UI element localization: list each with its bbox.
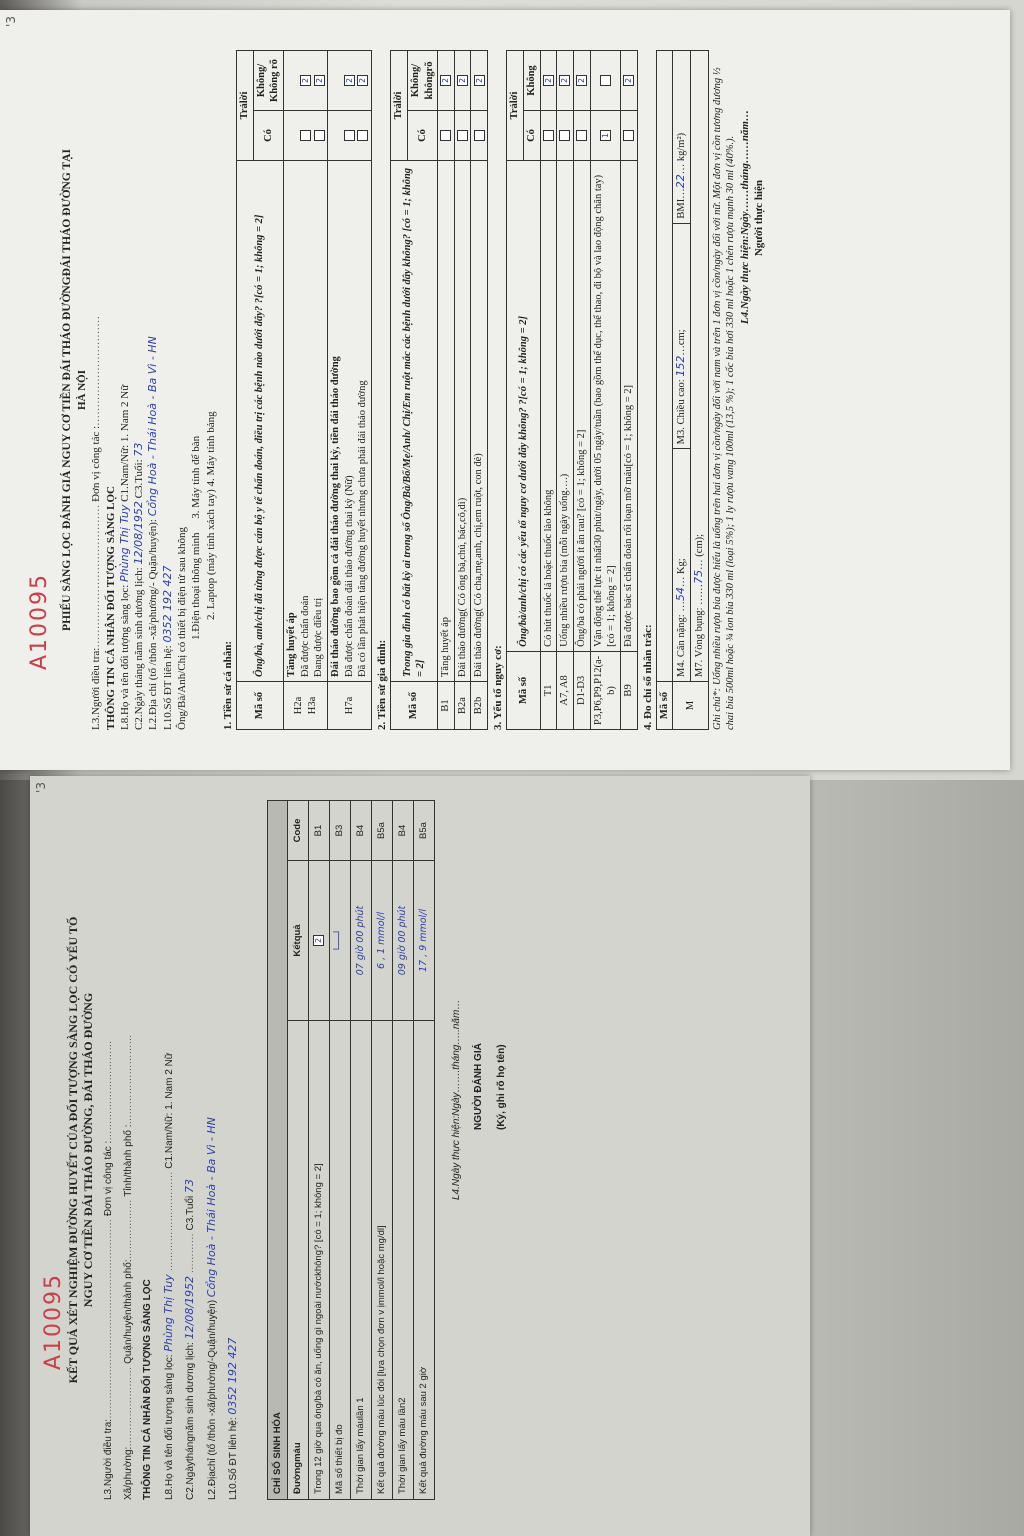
- device-code-value[interactable]: └──┘: [330, 861, 351, 1021]
- device-option[interactable]: 4. Máy tính bảng: [205, 411, 217, 486]
- interviewer-field: L3.Người điều tra:………………………………… Đơn vị c…: [89, 50, 103, 730]
- weight-value[interactable]: 54: [674, 587, 687, 601]
- gender-value[interactable]: 2 Nữ: [164, 1053, 175, 1075]
- sample-time-1[interactable]: 07 giờ 00 phút: [351, 861, 372, 1021]
- checkbox-no[interactable]: 2: [457, 75, 468, 86]
- biochemistry-table: CHỈ SỐ SINH HÓA Đườngmáu Kếtquả Code Tro…: [267, 800, 435, 1500]
- risk-factors-table: Mã số Ông/bà/anh/chị có các yếu tố nguy …: [506, 50, 637, 730]
- device-options-row1: 1.Điện thoại thông minh 3. Máy tính để b…: [189, 50, 203, 730]
- interviewer-field: L3.Người điều tra:…………………………………………………… Đ…: [103, 800, 116, 1500]
- address-field: L2.Địa chỉ (tổ /thôn -xã/phường/- Quận/h…: [146, 50, 160, 730]
- checkbox-yes[interactable]: [344, 130, 355, 141]
- glucose-form-sheet: A10095 KẾT QUẢ XÉT NGHIỆM ĐƯỜNG HUYẾT CỦ…: [30, 776, 810, 1536]
- bmi-value[interactable]: 22: [674, 174, 687, 188]
- form-title-line2: NGUY CƠ TIỀN ĐÁI THÁO ĐƯỜNG, ĐÁI THÁO ĐƯ…: [81, 800, 96, 1500]
- device-question: Ông/Bà/Anh/Chị có thiết bị điện tử sau k…: [175, 50, 189, 730]
- performer-label: Người thực hiện: [752, 180, 766, 730]
- address-value[interactable]: Cổng Hoà - Thái Hoà - Ba Vì - HN: [146, 336, 159, 516]
- checkbox-no[interactable]: 2: [543, 75, 554, 86]
- checkbox-no[interactable]: 2: [314, 75, 325, 86]
- table-row: P3,P6,P9,P12(a-b)Vận động thể lực ít nhấ…: [590, 51, 620, 730]
- section-anthropometric-title: 4. Đo chỉ số nhân trắc:: [641, 50, 655, 730]
- col-no: Không/ Không rõ: [253, 51, 283, 111]
- checkbox-yes[interactable]: [474, 130, 485, 141]
- table-row: D1-D3Ông/bà có phải người ít ăn rau? [có…: [573, 51, 590, 730]
- section-personal-history-title: 1. Tiền sử cá nhân:: [221, 50, 235, 730]
- corner-mark: '3: [34, 782, 48, 793]
- anthropometric-table: Mã số M M4. Cân nặng: …54… Kg; M3. Chiều…: [656, 50, 709, 730]
- name-field: L8.Họ và tên đối tượng sàng lọc: Phùng T…: [162, 800, 177, 1500]
- form-title: PHIẾU SÀNG LỌC ĐÁNH GIÁ NGUY CƠ TIỀN ĐÁI…: [60, 50, 75, 730]
- table-row: Thời gian lấy máulần 107 giờ 00 phútB4: [351, 801, 372, 1500]
- device-option[interactable]: 2. Laptop (máy tính xách tay): [205, 489, 217, 620]
- alcohol-note: Ghi chú*: Uống nhiều rượu bia được hiểu …: [711, 50, 738, 730]
- dob-value[interactable]: 12/08/1952: [183, 1276, 196, 1339]
- screening-form: A10095 PHIẾU SÀNG LỌC ĐÁNH GIÁ NGUY CƠ T…: [28, 50, 767, 730]
- table-row: M7. Vòng bụng: ……75… (cm);: [691, 51, 709, 730]
- section-family-history-title: 2. Tiền sử gia đình:: [375, 50, 389, 730]
- checkbox-yes[interactable]: [440, 130, 451, 141]
- checkbox-yes[interactable]: [543, 130, 554, 141]
- table-row: Mã số thiết bị đo└──┘B3: [330, 801, 351, 1500]
- name-field: L8.Họ và tên đối tượng sàng lọc: Phùng T…: [118, 50, 132, 730]
- checkbox-yes[interactable]: [300, 130, 311, 141]
- table-row: Thời gian lấy máu lần209 giờ 00 phútB4: [392, 801, 413, 1500]
- screening-form-sheet: A10095 PHIẾU SÀNG LỌC ĐÁNH GIÁ NGUY CƠ T…: [0, 10, 1010, 770]
- table-row: H7a Đái tháo đường bao gồm cả đái tháo đ…: [328, 51, 372, 730]
- dob-field: C2.Ngày tháng năm sinh dương lịch: 12/08…: [132, 50, 146, 730]
- checkbox-no[interactable]: 2: [357, 75, 368, 86]
- section-risk-factors-title: 3. Yếu tố nguy cơ:: [491, 50, 505, 730]
- checkbox-yes[interactable]: [623, 130, 634, 141]
- location-field: Xã/phường:…………………… Quận/huyện/thành phố:…: [123, 800, 136, 1500]
- table-row: M M4. Cân nặng: …54… Kg; M3. Chiều cao: …: [673, 51, 691, 730]
- phone-field: L10.Số ĐT liên hệ: 0352 192 427: [161, 50, 175, 730]
- gender-value[interactable]: 2 Nữ: [119, 385, 131, 407]
- table-title: CHỈ SỐ SINH HÓA: [267, 801, 288, 1500]
- form-title: KẾT QUẢ XÉT NGHIỆM ĐƯỜNG HUYẾT CỦA ĐỐI T…: [66, 800, 81, 1500]
- signature-block: L4.Ngày thực hiện:Ngày…….tháng…..năm… NG…: [451, 800, 509, 1500]
- glucose-2h-value[interactable]: 17 , 9 mmol/l: [413, 861, 434, 1021]
- waist-value[interactable]: 75: [692, 570, 705, 584]
- checkbox-yes[interactable]: [457, 130, 468, 141]
- table-row: H2aH3a Tăng huyết ápĐã được chẩn đoánĐan…: [284, 51, 328, 730]
- phone-value[interactable]: 0352 192 427: [161, 566, 174, 643]
- checkbox-yes[interactable]: 1: [600, 130, 611, 141]
- date-line: L4.Ngày thực hiện:Ngày……tháng……năm…: [738, 110, 752, 730]
- device-option[interactable]: 1.Điện thoại thông minh: [190, 532, 202, 640]
- checkbox-yes[interactable]: [314, 130, 325, 141]
- age-value[interactable]: 73: [132, 443, 145, 457]
- phone-value[interactable]: 0352 192 427: [226, 1338, 239, 1415]
- form-serial-number: A10095: [40, 1273, 68, 1370]
- address-value[interactable]: Cổng Hoà - Thái Hoà - Ba Vì - HN: [205, 1117, 218, 1297]
- table-row: A7, A8Uống nhiều rượu bia (mỗi ngày uống…: [557, 51, 574, 730]
- name-value[interactable]: Phùng Thị Tuy: [162, 1274, 175, 1351]
- checkbox-no[interactable]: 2: [300, 75, 311, 86]
- checkbox-yes[interactable]: [559, 130, 570, 141]
- table-row: B9Đã được bác sĩ chẩn đoán rối loạn mỡ m…: [620, 51, 637, 730]
- work-unit-label: Đơn vị công tác :: [90, 426, 102, 502]
- col-question: Ông/bà, anh/chị đã từng được cán bộ y tế…: [237, 161, 284, 682]
- name-value[interactable]: Phùng Thị Tuy: [118, 505, 131, 582]
- checkbox-no[interactable]: 2: [623, 75, 634, 86]
- table-row: Trong 12 giờ qua ông/bà có ăn, uống gì n…: [309, 801, 330, 1500]
- checkbox-no[interactable]: [600, 75, 611, 86]
- family-history-table: Mã số Trong gia đình có bất kỳ ai trong …: [390, 50, 488, 730]
- device-option[interactable]: 3. Máy tính để bàn: [190, 436, 202, 519]
- fasting-glucose-value[interactable]: 6 , 1 mmol/l: [371, 861, 392, 1021]
- col-code: Mã số: [237, 682, 284, 730]
- address-field: L2.Địachỉ (tổ /thôn -xã/phường/-Quận/huy…: [205, 800, 220, 1500]
- table-row: Kết quả đường máu lúc đói [lựa chọn đơn …: [371, 801, 392, 1500]
- assessor-label: NGƯỜI ĐÁNH GIÁ: [473, 800, 486, 1200]
- col-yes: Có: [253, 111, 283, 161]
- glucose-form: A10095 KẾT QUẢ XÉT NGHIỆM ĐƯỜNG HUYẾT CỦ…: [66, 800, 518, 1500]
- personal-history-table: Mã số Ông/bà, anh/chị đã từng được cán b…: [236, 50, 372, 730]
- table-row: B2bĐái tháo đường( Có cha,mẹ,anh, chị,em…: [471, 51, 488, 730]
- assessor-hint: (Ký, ghi rõ họ tên): [496, 800, 509, 1200]
- col-answer: Trảlời: [237, 51, 254, 161]
- dob-field: C2.Ngàythángnăm sinh dương lịch: 12/08/1…: [183, 800, 198, 1500]
- corner-mark: '3: [4, 16, 18, 27]
- dob-value[interactable]: 12/08/1952: [132, 501, 145, 564]
- checkbox-no[interactable]: 2: [474, 75, 485, 86]
- personal-info-heading: THÔNG TIN CÁ NHÂN ĐỐI TƯỢNG SÀNG LỌC: [142, 800, 155, 1500]
- age-value[interactable]: 73: [183, 1179, 196, 1193]
- height-value[interactable]: 152: [674, 356, 687, 377]
- form-title-city: HÀ NỘI: [75, 50, 89, 730]
- table-row: B1Tăng huyết áp2: [438, 51, 455, 730]
- checkbox-no[interactable]: 2: [440, 75, 451, 86]
- date-line: L4.Ngày thực hiện:Ngày…….tháng…..năm…: [451, 800, 464, 1200]
- checkbox-yes[interactable]: [357, 130, 368, 141]
- checkbox-no[interactable]: 2: [576, 75, 587, 86]
- checkbox-no[interactable]: 2: [344, 75, 355, 86]
- table-row: T1Có hút thuốc lá hoặc thuốc lào không2: [540, 51, 557, 730]
- personal-info-heading: THÔNG TIN CÁ NHÂN ĐỐI TƯỢNG SÀNG LỌC: [104, 50, 118, 730]
- checkbox-yes[interactable]: [576, 130, 587, 141]
- fasting-answer-box[interactable]: 2: [313, 935, 324, 946]
- form-serial-number: A10095: [26, 573, 55, 670]
- table-row: B2aĐái tháo đường( Có ông bà,chú, bác,cô…: [454, 51, 471, 730]
- sample-time-2[interactable]: 09 giờ 00 phút: [392, 861, 413, 1021]
- table-row: Kết quả đường máu sau 2 giờ17 , 9 mmol/l…: [413, 801, 434, 1500]
- device-options-row2: 2. Laptop (máy tính xách tay) 4. Máy tín…: [204, 50, 218, 730]
- interviewer-label: L3.Người điều tra:: [90, 648, 102, 730]
- checkbox-no[interactable]: 2: [559, 75, 570, 86]
- phone-field: L10.Số ĐT liên hệ: 0352 192 427: [226, 800, 241, 1500]
